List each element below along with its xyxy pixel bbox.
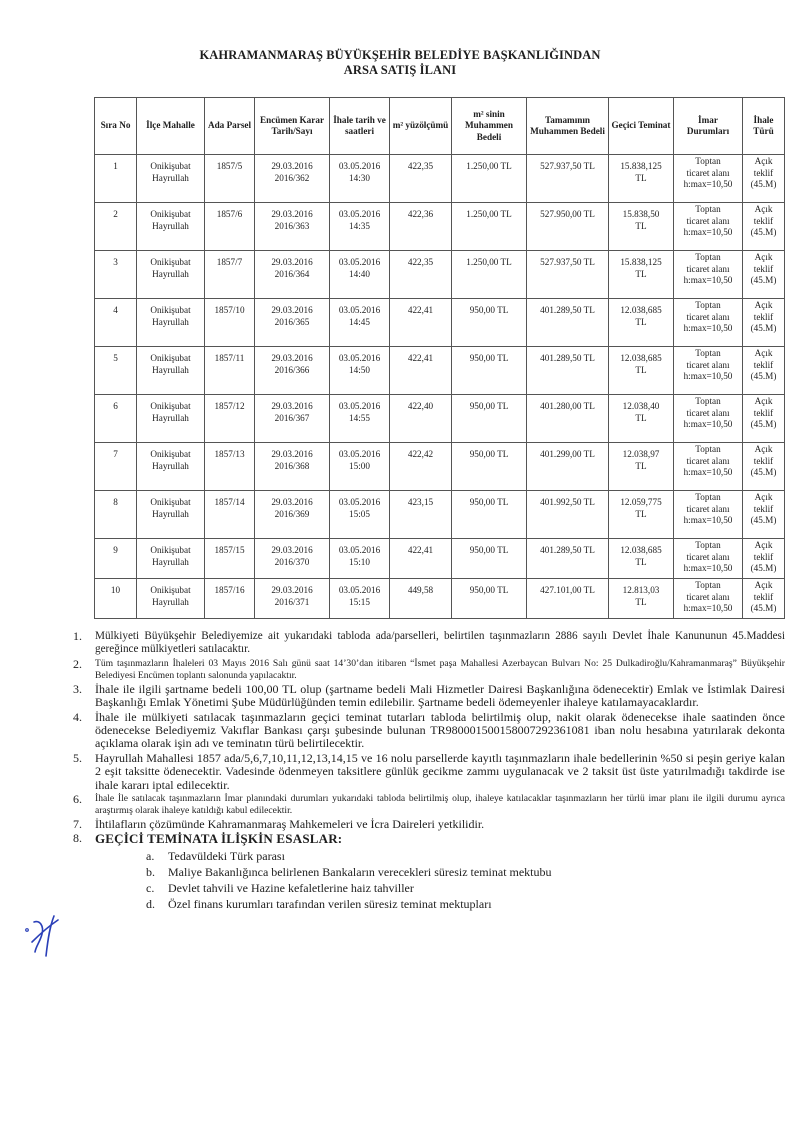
cell-value-m2: 422,36 (408, 209, 433, 219)
cell-m2: 422,36 (390, 203, 452, 251)
cell-ada-parsel: 1857/14 (205, 491, 255, 539)
cell-m2: 422,41 (390, 347, 452, 395)
header-ihale-turu: İhale Türü (743, 98, 785, 155)
table-body: 1 OnikişubatHayrullah 1857/5 29.03.20162… (95, 155, 785, 619)
cell-value-karar-sayi: 2016/369 (275, 509, 310, 519)
cell-value-imar3: h:max=10,50 (684, 515, 733, 525)
cell-ihale-turu: Açıkteklif(45.M) (743, 539, 785, 579)
guarantee-list: a. Tedavüldeki Türk parası b. Maliye Bak… (146, 848, 785, 912)
cell-value-tur3: (45.M) (751, 603, 777, 613)
cell-value-toplam-bedel: 401.289,50 TL (540, 305, 595, 315)
signature-icon (24, 912, 64, 958)
cell-toplam-bedel: 401.992,50 TL (527, 491, 609, 539)
cell-toplam-bedel: 401.289,50 TL (527, 347, 609, 395)
cell-value-m2-bedel: 1.250,00 TL (466, 161, 512, 171)
cell-value-ilce: Onikişubat (150, 257, 190, 267)
cell-value-m2-bedel: 1.250,00 TL (466, 209, 512, 219)
title-line-2: ARSA SATIŞ İLANI (0, 63, 800, 78)
cell-value-tur2: teklif (754, 168, 773, 178)
cell-ihale-turu: Açıkteklif(45.M) (743, 579, 785, 619)
guarantee-letter: c. (146, 880, 168, 896)
header-ihale-tarih: İhale tarih ve saatleri (330, 98, 390, 155)
cell-value-tur3: (45.M) (751, 419, 777, 429)
cell-value-tur3: (45.M) (751, 179, 777, 189)
term-text: İhale İle satılacak taşınmazların İmar p… (95, 793, 785, 817)
term-text: İhtilafların çözümünde Kahramanmaraş Mah… (95, 818, 785, 831)
cell-gecici-teminat: 12.038,685TL (609, 299, 674, 347)
term-number: 1. (73, 630, 95, 657)
cell-no: 1 (95, 155, 137, 203)
cell-ilce-mahalle: OnikişubatHayrullah (137, 251, 205, 299)
table-row: 1 OnikişubatHayrullah 1857/5 29.03.20162… (95, 155, 785, 203)
cell-value-imar3: h:max=10,50 (684, 323, 733, 333)
cell-value-ilce: Onikişubat (150, 497, 190, 507)
cell-value-m2-bedel: 950,00 TL (470, 305, 509, 315)
header-m2: m² yüzölçümü (390, 98, 452, 155)
cell-value-imar1: Toptan (695, 300, 720, 310)
cell-value-teminat-birim: TL (635, 365, 646, 375)
cell-ihale-turu: Açıkteklif(45.M) (743, 491, 785, 539)
cell-value-imar2: ticaret alanı (686, 264, 729, 274)
term-number: 8. (73, 832, 95, 845)
cell-value-imar1: Toptan (695, 348, 720, 358)
cell-value-tur2: teklif (754, 312, 773, 322)
cell-value-no: 5 (113, 353, 118, 363)
cell-value-imar2: ticaret alanı (686, 456, 729, 466)
cell-value-karar-sayi: 2016/365 (275, 317, 310, 327)
cell-value-no: 4 (113, 305, 118, 315)
cell-value-imar3: h:max=10,50 (684, 275, 733, 285)
cell-toplam-bedel: 427.101,00 TL (527, 579, 609, 619)
cell-value-ihale-saat: 15:15 (349, 597, 370, 607)
header-imar-durumlari: İmar Durumları (674, 98, 743, 155)
cell-value-toplam-bedel: 527.950,00 TL (540, 209, 595, 219)
cell-value-mahalle: Hayrullah (152, 509, 189, 519)
cell-value-m2: 422,41 (408, 305, 433, 315)
cell-value-tur1: Açık (755, 396, 773, 406)
cell-value-tur3: (45.M) (751, 275, 777, 285)
table-row: 4 OnikişubatHayrullah 1857/10 29.03.2016… (95, 299, 785, 347)
term-text: İhale ile mülkiyeti satılacak taşınmazla… (95, 711, 785, 751)
title-line-1: KAHRAMANMARAŞ BÜYÜKŞEHİR BELEDİYE BAŞKAN… (0, 48, 800, 63)
cell-m2: 422,41 (390, 539, 452, 579)
cell-imar-durumu: Toptanticaret alanıh:max=10,50 (674, 203, 743, 251)
cell-value-karar-sayi: 2016/363 (275, 221, 310, 231)
cell-ihale-tarih: 03.05.201614:55 (330, 395, 390, 443)
cell-value-ihale-tarih: 03.05.2016 (339, 401, 380, 411)
cell-value-teminat: 12.038,685 (620, 305, 661, 315)
table-row: 6 OnikişubatHayrullah 1857/12 29.03.2016… (95, 395, 785, 443)
cell-value-ihale-saat: 14:40 (349, 269, 370, 279)
cell-m2: 422,42 (390, 443, 452, 491)
cell-value-no: 2 (113, 209, 118, 219)
cell-value-mahalle: Hayrullah (152, 269, 189, 279)
table-header-row: Sıra No İlçe Mahalle Ada Parsel Encümen … (95, 98, 785, 155)
cell-value-parsel: 1857/12 (214, 401, 244, 411)
table-row: 10 OnikişubatHayrullah 1857/16 29.03.201… (95, 579, 785, 619)
cell-encumen-karar: 29.03.20162016/364 (255, 251, 330, 299)
cell-value-m2-bedel: 950,00 TL (470, 545, 509, 555)
term-text: İhale ile ilgili şartname bedeli 100,00 … (95, 683, 785, 710)
table-row: 2 OnikişubatHayrullah 1857/6 29.03.20162… (95, 203, 785, 251)
cell-value-mahalle: Hayrullah (152, 413, 189, 423)
cell-value-tur3: (45.M) (751, 563, 777, 573)
cell-ihale-tarih: 03.05.201614:45 (330, 299, 390, 347)
cell-value-karar-tarih: 29.03.2016 (271, 401, 312, 411)
cell-m2: 422,41 (390, 299, 452, 347)
cell-value-ilce: Onikişubat (150, 585, 190, 595)
table-row: 7 OnikişubatHayrullah 1857/13 29.03.2016… (95, 443, 785, 491)
cell-no: 3 (95, 251, 137, 299)
cell-imar-durumu: Toptanticaret alanıh:max=10,50 (674, 539, 743, 579)
cell-ihale-turu: Açıkteklif(45.M) (743, 443, 785, 491)
cell-ihale-turu: Açıkteklif(45.M) (743, 299, 785, 347)
table-row: 3 OnikişubatHayrullah 1857/7 29.03.20162… (95, 251, 785, 299)
cell-value-mahalle: Hayrullah (152, 221, 189, 231)
cell-value-ihale-tarih: 03.05.2016 (339, 257, 380, 267)
cell-value-toplam-bedel: 401.289,50 TL (540, 545, 595, 555)
cell-value-teminat-birim: TL (635, 269, 646, 279)
cell-ada-parsel: 1857/10 (205, 299, 255, 347)
cell-no: 10 (95, 579, 137, 619)
cell-m2-bedel: 950,00 TL (452, 491, 527, 539)
cell-value-tur2: teklif (754, 216, 773, 226)
cell-value-tur2: teklif (754, 504, 773, 514)
cell-imar-durumu: Toptanticaret alanıh:max=10,50 (674, 299, 743, 347)
cell-value-tur1: Açık (755, 580, 773, 590)
cell-value-teminat: 12.038,97 (623, 449, 660, 459)
cell-gecici-teminat: 15.838,125TL (609, 251, 674, 299)
cell-gecici-teminat: 12.038,685TL (609, 347, 674, 395)
cell-value-no: 9 (113, 545, 118, 555)
cell-value-ihale-saat: 14:30 (349, 173, 370, 183)
cell-encumen-karar: 29.03.20162016/365 (255, 299, 330, 347)
term-text: Tüm taşınmazların İhaleleri 03 Mayıs 201… (95, 658, 785, 682)
cell-value-imar2: ticaret alanı (686, 552, 729, 562)
cell-gecici-teminat: 15.838,125TL (609, 155, 674, 203)
cell-value-ilce: Onikişubat (150, 209, 190, 219)
cell-value-parsel: 1857/15 (214, 545, 244, 555)
cell-value-imar2: ticaret alanı (686, 592, 729, 602)
cell-m2-bedel: 950,00 TL (452, 579, 527, 619)
guarantee-item-a: a. Tedavüldeki Türk parası (146, 848, 785, 864)
cell-value-imar3: h:max=10,50 (684, 227, 733, 237)
cell-value-no: 7 (113, 449, 118, 459)
header-gecici-teminat: Geçici Teminat (609, 98, 674, 155)
header-m2-bedel: m² sinin Muhammen Bedeli (452, 98, 527, 155)
cell-value-m2: 422,41 (408, 353, 433, 363)
cell-value-teminat: 12.038,685 (620, 545, 661, 555)
cell-m2: 423,15 (390, 491, 452, 539)
cell-value-m2: 423,15 (408, 497, 433, 507)
cell-ilce-mahalle: OnikişubatHayrullah (137, 395, 205, 443)
cell-value-tur1: Açık (755, 300, 773, 310)
cell-ada-parsel: 1857/15 (205, 539, 255, 579)
cell-value-mahalle: Hayrullah (152, 597, 189, 607)
term-heading: GEÇİCİ TEMİNATA İLİŞKİN ESASLAR: (95, 832, 785, 845)
cell-toplam-bedel: 401.289,50 TL (527, 299, 609, 347)
term-item-7: 7. İhtilafların çözümünde Kahramanmaraş … (73, 818, 785, 831)
cell-ihale-turu: Açıkteklif(45.M) (743, 395, 785, 443)
cell-value-no: 3 (113, 257, 118, 267)
cell-encumen-karar: 29.03.20162016/369 (255, 491, 330, 539)
cell-value-imar1: Toptan (695, 204, 720, 214)
cell-value-mahalle: Hayrullah (152, 317, 189, 327)
cell-value-ihale-tarih: 03.05.2016 (339, 497, 380, 507)
cell-value-parsel: 1857/13 (214, 449, 244, 459)
cell-gecici-teminat: 12.813,03TL (609, 579, 674, 619)
cell-toplam-bedel: 401.299,00 TL (527, 443, 609, 491)
cell-imar-durumu: Toptanticaret alanıh:max=10,50 (674, 443, 743, 491)
cell-value-teminat: 15.838,125 (620, 257, 661, 267)
cell-encumen-karar: 29.03.20162016/370 (255, 539, 330, 579)
cell-value-imar2: ticaret alanı (686, 312, 729, 322)
guarantee-text: Tedavüldeki Türk parası (168, 848, 285, 864)
cell-m2-bedel: 950,00 TL (452, 347, 527, 395)
term-item-6: 6. İhale İle satılacak taşınmazların İma… (73, 793, 785, 817)
cell-no: 7 (95, 443, 137, 491)
cell-value-teminat: 12.038,40 (623, 401, 660, 411)
cell-value-tur1: Açık (755, 348, 773, 358)
cell-value-imar1: Toptan (695, 580, 720, 590)
cell-value-ihale-tarih: 03.05.2016 (339, 305, 380, 315)
cell-ada-parsel: 1857/7 (205, 251, 255, 299)
cell-value-m2: 422,35 (408, 257, 433, 267)
cell-gecici-teminat: 12.038,685TL (609, 539, 674, 579)
cell-encumen-karar: 29.03.20162016/362 (255, 155, 330, 203)
cell-no: 6 (95, 395, 137, 443)
guarantee-letter: b. (146, 864, 168, 880)
term-text: Mülkiyeti Büyükşehir Belediyemize ait yu… (95, 630, 785, 657)
header-ada-parsel: Ada Parsel (205, 98, 255, 155)
cell-ihale-tarih: 03.05.201615:05 (330, 491, 390, 539)
cell-value-imar3: h:max=10,50 (684, 467, 733, 477)
cell-value-imar3: h:max=10,50 (684, 179, 733, 189)
header-encumen-karar: Encümen Karar Tarih/Sayı (255, 98, 330, 155)
cell-ada-parsel: 1857/16 (205, 579, 255, 619)
cell-value-toplam-bedel: 401.280,00 TL (540, 401, 595, 411)
cell-ilce-mahalle: OnikişubatHayrullah (137, 539, 205, 579)
cell-value-parsel: 1857/16 (214, 585, 244, 595)
cell-value-karar-sayi: 2016/370 (275, 557, 310, 567)
cell-value-m2: 449,58 (408, 585, 433, 595)
cell-value-imar2: ticaret alanı (686, 504, 729, 514)
cell-imar-durumu: Toptanticaret alanıh:max=10,50 (674, 347, 743, 395)
cell-ilce-mahalle: OnikişubatHayrullah (137, 203, 205, 251)
cell-value-imar2: ticaret alanı (686, 408, 729, 418)
cell-encumen-karar: 29.03.20162016/371 (255, 579, 330, 619)
cell-value-m2: 422,40 (408, 401, 433, 411)
cell-gecici-teminat: 12.059,775TL (609, 491, 674, 539)
cell-gecici-teminat: 12.038,40TL (609, 395, 674, 443)
header-toplam-bedel: Tamamının Muhammen Bedeli (527, 98, 609, 155)
cell-m2-bedel: 1.250,00 TL (452, 155, 527, 203)
cell-value-teminat: 12.038,685 (620, 353, 661, 363)
cell-imar-durumu: Toptanticaret alanıh:max=10,50 (674, 395, 743, 443)
cell-value-tur2: teklif (754, 360, 773, 370)
cell-toplam-bedel: 527.937,50 TL (527, 251, 609, 299)
cell-imar-durumu: Toptanticaret alanıh:max=10,50 (674, 579, 743, 619)
cell-ihale-turu: Açıkteklif(45.M) (743, 347, 785, 395)
table-row: 8 OnikişubatHayrullah 1857/14 29.03.2016… (95, 491, 785, 539)
cell-value-teminat-birim: TL (635, 461, 646, 471)
cell-toplam-bedel: 527.950,00 TL (527, 203, 609, 251)
cell-value-mahalle: Hayrullah (152, 365, 189, 375)
cell-value-ilce: Onikişubat (150, 161, 190, 171)
cell-ihale-tarih: 03.05.201615:10 (330, 539, 390, 579)
cell-value-tur3: (45.M) (751, 515, 777, 525)
cell-value-m2: 422,41 (408, 545, 433, 555)
cell-value-karar-sayi: 2016/368 (275, 461, 310, 471)
term-item-3: 3. İhale ile ilgili şartname bedeli 100,… (73, 683, 785, 710)
term-item-1: 1. Mülkiyeti Büyükşehir Belediyemize ait… (73, 630, 785, 657)
term-number: 7. (73, 818, 95, 831)
cell-ihale-tarih: 03.05.201615:15 (330, 579, 390, 619)
cell-value-ihale-tarih: 03.05.2016 (339, 545, 380, 555)
cell-value-toplam-bedel: 527.937,50 TL (540, 161, 595, 171)
cell-m2-bedel: 1.250,00 TL (452, 251, 527, 299)
cell-value-karar-sayi: 2016/367 (275, 413, 310, 423)
cell-value-karar-sayi: 2016/371 (275, 597, 310, 607)
cell-value-karar-tarih: 29.03.2016 (271, 585, 312, 595)
guarantee-item-b: b. Maliye Bakanlığınca belirlenen Bankal… (146, 864, 785, 880)
cell-ihale-turu: Açıkteklif(45.M) (743, 155, 785, 203)
cell-ihale-tarih: 03.05.201614:50 (330, 347, 390, 395)
cell-value-ihale-tarih: 03.05.2016 (339, 449, 380, 459)
guarantee-text: Devlet tahvili ve Hazine kefaletlerine h… (168, 880, 414, 896)
cell-value-ihale-saat: 15:10 (349, 557, 370, 567)
term-number: 6. (73, 793, 95, 817)
cell-m2-bedel: 950,00 TL (452, 395, 527, 443)
cell-value-imar2: ticaret alanı (686, 360, 729, 370)
cell-m2: 422,35 (390, 155, 452, 203)
cell-value-m2-bedel: 950,00 TL (470, 449, 509, 459)
cell-imar-durumu: Toptanticaret alanıh:max=10,50 (674, 491, 743, 539)
cell-value-ihale-saat: 14:35 (349, 221, 370, 231)
cell-value-tur2: teklif (754, 408, 773, 418)
cell-m2: 449,58 (390, 579, 452, 619)
cell-value-no: 6 (113, 401, 118, 411)
term-item-8: 8. GEÇİCİ TEMİNATA İLİŞKİN ESASLAR: (73, 832, 785, 845)
parcel-table: Sıra No İlçe Mahalle Ada Parsel Encümen … (94, 97, 785, 619)
cell-m2-bedel: 950,00 TL (452, 539, 527, 579)
cell-value-mahalle: Hayrullah (152, 173, 189, 183)
cell-value-parsel: 1857/6 (217, 209, 243, 219)
cell-value-imar3: h:max=10,50 (684, 603, 733, 613)
cell-toplam-bedel: 527.937,50 TL (527, 155, 609, 203)
cell-value-ihale-saat: 14:45 (349, 317, 370, 327)
cell-value-karar-tarih: 29.03.2016 (271, 353, 312, 363)
cell-value-parsel: 1857/14 (214, 497, 244, 507)
cell-value-karar-sayi: 2016/364 (275, 269, 310, 279)
cell-ihale-tarih: 03.05.201614:30 (330, 155, 390, 203)
cell-value-ihale-saat: 15:00 (349, 461, 370, 471)
header-ilce-mahalle: İlçe Mahalle (137, 98, 205, 155)
cell-value-karar-tarih: 29.03.2016 (271, 449, 312, 459)
term-number: 3. (73, 683, 95, 710)
cell-value-toplam-bedel: 401.992,50 TL (540, 497, 595, 507)
guarantee-text: Maliye Bakanlığınca belirlenen Bankaları… (168, 864, 552, 880)
cell-value-mahalle: Hayrullah (152, 557, 189, 567)
cell-encumen-karar: 29.03.20162016/367 (255, 395, 330, 443)
cell-value-tur1: Açık (755, 252, 773, 262)
cell-value-parsel: 1857/11 (215, 353, 245, 363)
cell-value-imar1: Toptan (695, 444, 720, 454)
cell-value-imar1: Toptan (695, 492, 720, 502)
cell-value-no: 10 (111, 585, 120, 595)
term-item-2: 2. Tüm taşınmazların İhaleleri 03 Mayıs … (73, 658, 785, 682)
cell-value-toplam-bedel: 401.299,00 TL (540, 449, 595, 459)
cell-ada-parsel: 1857/5 (205, 155, 255, 203)
cell-value-ihale-tarih: 03.05.2016 (339, 585, 380, 595)
cell-value-imar1: Toptan (695, 156, 720, 166)
cell-ihale-turu: Açıkteklif(45.M) (743, 251, 785, 299)
cell-ada-parsel: 1857/6 (205, 203, 255, 251)
cell-value-teminat: 15.838,125 (620, 161, 661, 171)
cell-m2: 422,40 (390, 395, 452, 443)
cell-no: 2 (95, 203, 137, 251)
cell-value-tur3: (45.M) (751, 371, 777, 381)
cell-value-teminat-birim: TL (635, 173, 646, 183)
cell-toplam-bedel: 401.289,50 TL (527, 539, 609, 579)
cell-ada-parsel: 1857/11 (205, 347, 255, 395)
cell-ada-parsel: 1857/12 (205, 395, 255, 443)
cell-value-m2: 422,35 (408, 161, 433, 171)
cell-value-tur3: (45.M) (751, 227, 777, 237)
guarantee-text: Özel finans kurumları tarafından verilen… (168, 896, 492, 912)
cell-value-m2-bedel: 950,00 TL (470, 401, 509, 411)
cell-ilce-mahalle: OnikişubatHayrullah (137, 155, 205, 203)
cell-value-imar2: ticaret alanı (686, 216, 729, 226)
cell-value-toplam-bedel: 527.937,50 TL (540, 257, 595, 267)
cell-value-m2-bedel: 1.250,00 TL (466, 257, 512, 267)
cell-value-m2-bedel: 950,00 TL (470, 585, 509, 595)
cell-value-imar2: ticaret alanı (686, 168, 729, 178)
cell-value-teminat-birim: TL (635, 413, 646, 423)
term-item-4: 4. İhale ile mülkiyeti satılacak taşınma… (73, 711, 785, 751)
cell-imar-durumu: Toptanticaret alanıh:max=10,50 (674, 251, 743, 299)
cell-value-ihale-tarih: 03.05.2016 (339, 161, 380, 171)
cell-no: 8 (95, 491, 137, 539)
cell-value-teminat: 12.059,775 (620, 497, 661, 507)
table-row: 9 OnikişubatHayrullah 1857/15 29.03.2016… (95, 539, 785, 579)
cell-value-tur3: (45.M) (751, 323, 777, 333)
cell-value-ihale-saat: 14:50 (349, 365, 370, 375)
cell-value-parsel: 1857/10 (214, 305, 244, 315)
document-title: KAHRAMANMARAŞ BÜYÜKŞEHİR BELEDİYE BAŞKAN… (0, 48, 800, 78)
cell-value-ilce: Onikişubat (150, 545, 190, 555)
cell-value-teminat-birim: TL (635, 317, 646, 327)
term-number: 2. (73, 658, 95, 682)
cell-value-m2-bedel: 950,00 TL (470, 497, 509, 507)
cell-value-parsel: 1857/5 (217, 161, 243, 171)
cell-ihale-turu: Açıkteklif(45.M) (743, 203, 785, 251)
cell-value-tur1: Açık (755, 540, 773, 550)
cell-value-teminat-birim: TL (635, 221, 646, 231)
cell-ilce-mahalle: OnikişubatHayrullah (137, 299, 205, 347)
cell-m2-bedel: 950,00 TL (452, 299, 527, 347)
cell-m2: 422,35 (390, 251, 452, 299)
cell-value-parsel: 1857/7 (217, 257, 243, 267)
cell-no: 9 (95, 539, 137, 579)
table-row: 5 OnikişubatHayrullah 1857/11 29.03.2016… (95, 347, 785, 395)
terms-list: 1. Mülkiyeti Büyükşehir Belediyemize ait… (73, 630, 785, 912)
cell-value-tur1: Açık (755, 204, 773, 214)
cell-value-teminat: 15.838,50 (623, 209, 660, 219)
term-number: 5. (73, 752, 95, 792)
cell-encumen-karar: 29.03.20162016/368 (255, 443, 330, 491)
term-item-5: 5. Hayrullah Mahallesi 1857 ada/5,6,7,10… (73, 752, 785, 792)
